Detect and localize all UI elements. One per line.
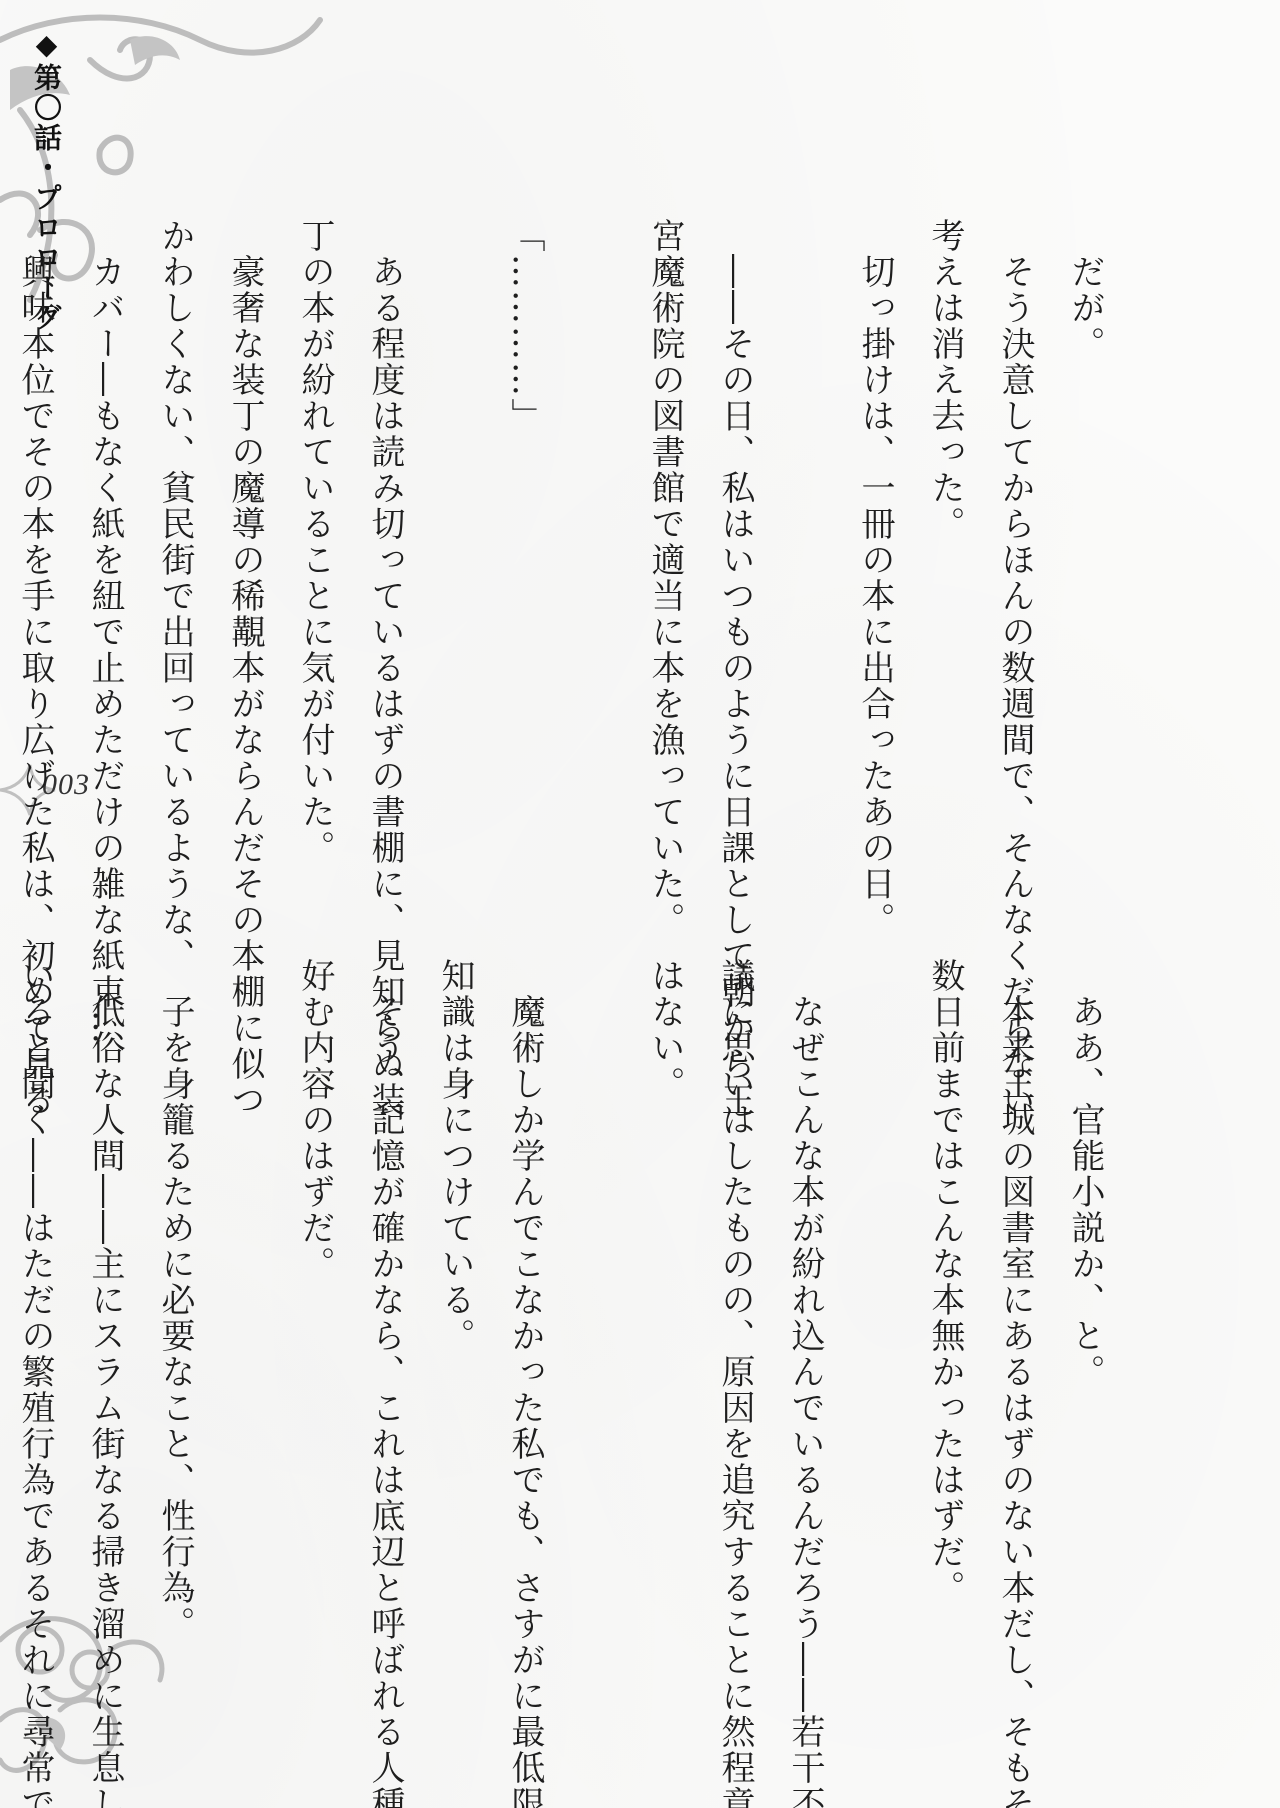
text-line xyxy=(420,218,490,778)
text-line: ある程度は読み切っているはずの書棚に、見知らぬ装 xyxy=(350,218,420,778)
text-line xyxy=(560,218,630,778)
text-line xyxy=(560,958,630,1738)
text-block-bottom: ああ、官能小説か、と。 本来王城の図書室にあるはずのない本だし、そもそも 数日前… xyxy=(0,958,1120,1738)
text-line: 「…………」 xyxy=(490,218,560,778)
text-line: カバー―もなく紙を紐で止めただけの雑な紙束… xyxy=(70,218,140,778)
text-line: 議に思いはしたものの、原因を追究することに然程意味 xyxy=(700,958,770,1738)
text-line xyxy=(840,958,910,1738)
text-line xyxy=(770,218,840,778)
text-line: 魔術しか学んでこなかった私でも、さすがに最低限の xyxy=(490,958,560,1738)
text-line: そう、記憶が確かなら、これは底辺と呼ばれる人種が xyxy=(350,958,420,1738)
text-line: 本来王城の図書室にあるはずのない本だし、そもそも xyxy=(980,958,1050,1738)
text-line: ああ、官能小説か、と。 xyxy=(1050,958,1120,1738)
text-line: 数日前まではこんな本無かったはずだ。 xyxy=(910,958,980,1738)
text-line: 低俗な人間――主にスラム街なる掃き溜めに生息して xyxy=(70,958,140,1738)
text-line: なぜこんな本が紛れ込んでいるんだろう――若干不思 xyxy=(770,958,840,1738)
text-line: 興味本位でその本を手に取り広げた私は、初めて見る xyxy=(0,218,70,778)
text-line: 豪奢な装丁の魔導の稀覯本がならんだその本棚に似つ xyxy=(210,218,280,778)
text-line: かわしくない、貧民街で出回っているような、 xyxy=(140,218,210,778)
text-line: 子を身籠るために必要なこと、性行為。 xyxy=(140,958,210,1738)
text-line: いると聞く――はただの繁殖行為であるそれに尋常では xyxy=(0,958,70,1738)
text-line: はない。 xyxy=(630,958,700,1738)
text-line: 知識は身につけている。 xyxy=(420,958,490,1738)
text-line: 考えは消え去った。 xyxy=(910,218,980,778)
text-line: 丁の本が紛れていることに気が付いた。 xyxy=(280,218,350,778)
text-line: だが。 xyxy=(1050,218,1120,778)
text-line: 切っ掛けは、一冊の本に出合ったあの日。 xyxy=(840,218,910,778)
text-line: ――その日、私はいつものように日課として朝から王 xyxy=(700,218,770,778)
text-line: 好む内容のはずだ。 xyxy=(280,958,350,1738)
text-line: 宮魔術院の図書館で適当に本を漁っていた。 xyxy=(630,218,700,778)
text-block-top: だが。 そう決意してからほんの数週間で、そんなくだらない 考えは消え去った。 切… xyxy=(0,218,1120,778)
text-line xyxy=(210,958,280,1738)
text-line: そう決意してからほんの数週間で、そんなくだらない xyxy=(980,218,1050,778)
